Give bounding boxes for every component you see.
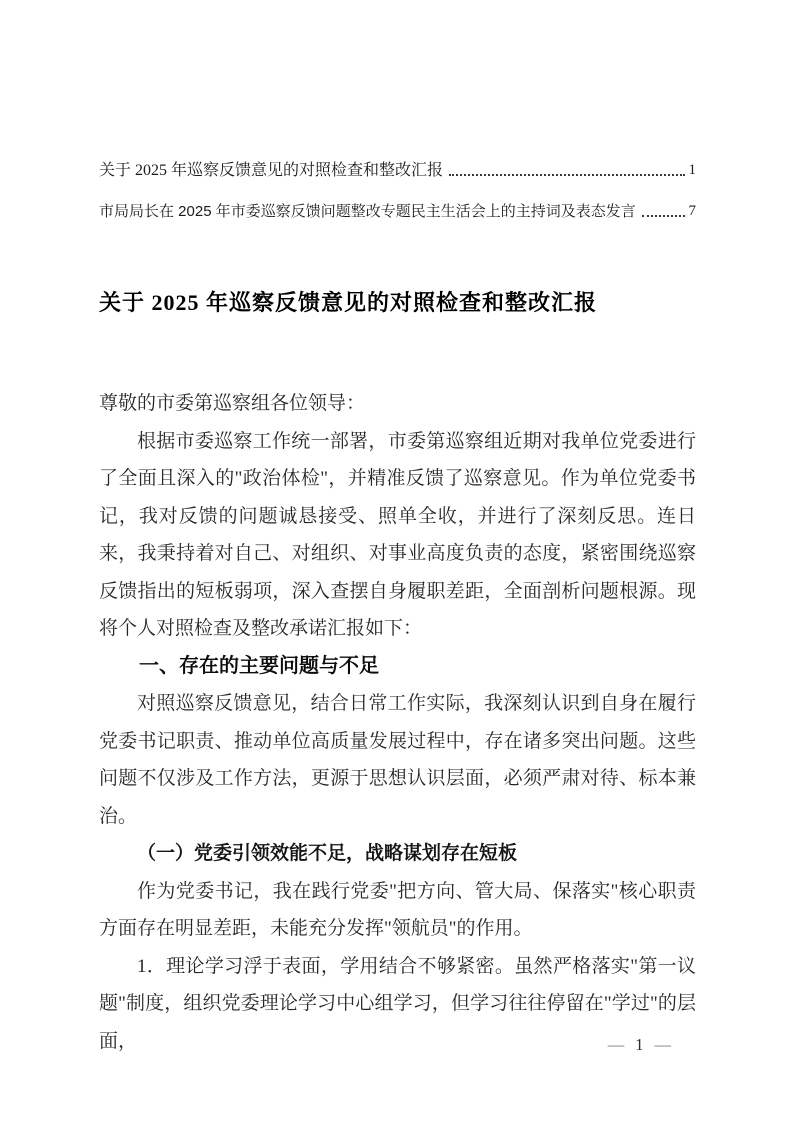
page-number-left-dash: — (608, 1034, 625, 1056)
document-body: 尊敬的市委第巡察组各位领导： 根据市委巡察工作统一部署，市委第巡察组近期对我单位… (99, 385, 696, 1060)
toc-entry-2[interactable]: 市局局长在 2025 年市委巡察反馈问题整改专题民主生活会上的主持词及表态发言 … (99, 198, 696, 221)
subsection-1-point-1: 1．理论学习浮于表面，学用结合不够紧密。虽然严格落实"第一议题"制度，组织党委理… (99, 948, 696, 1061)
subsection-1-heading: （一）党委引领效能不足，战略谋划存在短板 (99, 835, 696, 873)
page-content: 关于 2025 年巡察反馈意见的对照检查和整改汇报 1 市局局长在 2025 年… (99, 0, 696, 1060)
toc-entry-title: 关于 2025 年巡察反馈意见的对照检查和整改汇报 (99, 157, 443, 180)
page-number-right-dash: — (655, 1034, 672, 1056)
toc-dot-leader (449, 174, 684, 176)
toc-page-number: 1 (689, 162, 697, 180)
intro-paragraph: 根据市委巡察工作统一部署，市委第巡察组近期对我单位党委进行了全面且深入的"政治体… (99, 423, 696, 648)
document-title: 关于 2025 年巡察反馈意见的对照检查和整改汇报 (99, 288, 696, 318)
toc-page-number: 7 (689, 203, 697, 221)
table-of-contents: 关于 2025 年巡察反馈意见的对照检查和整改汇报 1 市局局长在 2025 年… (99, 0, 696, 221)
section-1-paragraph: 对照巡察反馈意见，结合日常工作实际，我深刻认识到自身在履行党委书记职责、推动单位… (99, 685, 696, 835)
page-number: — 1 — (608, 1034, 671, 1056)
page-number-value: 1 (635, 1034, 643, 1056)
toc-entry-1[interactable]: 关于 2025 年巡察反馈意见的对照检查和整改汇报 1 (99, 157, 696, 180)
document-page: 关于 2025 年巡察反馈意见的对照检查和整改汇报 1 市局局长在 2025 年… (0, 0, 793, 1122)
subsection-1-paragraph: 作为党委书记，我在践行党委"把方向、管大局、保落实"核心职责方面存在明显差距，未… (99, 873, 696, 948)
salutation: 尊敬的市委第巡察组各位领导： (99, 385, 696, 423)
toc-dot-leader (642, 215, 685, 217)
section-1-heading: 一、存在的主要问题与不足 (99, 648, 696, 686)
toc-entry-title: 市局局长在 2025 年市委巡察反馈问题整改专题民主生活会上的主持词及表态发言 (99, 200, 636, 221)
